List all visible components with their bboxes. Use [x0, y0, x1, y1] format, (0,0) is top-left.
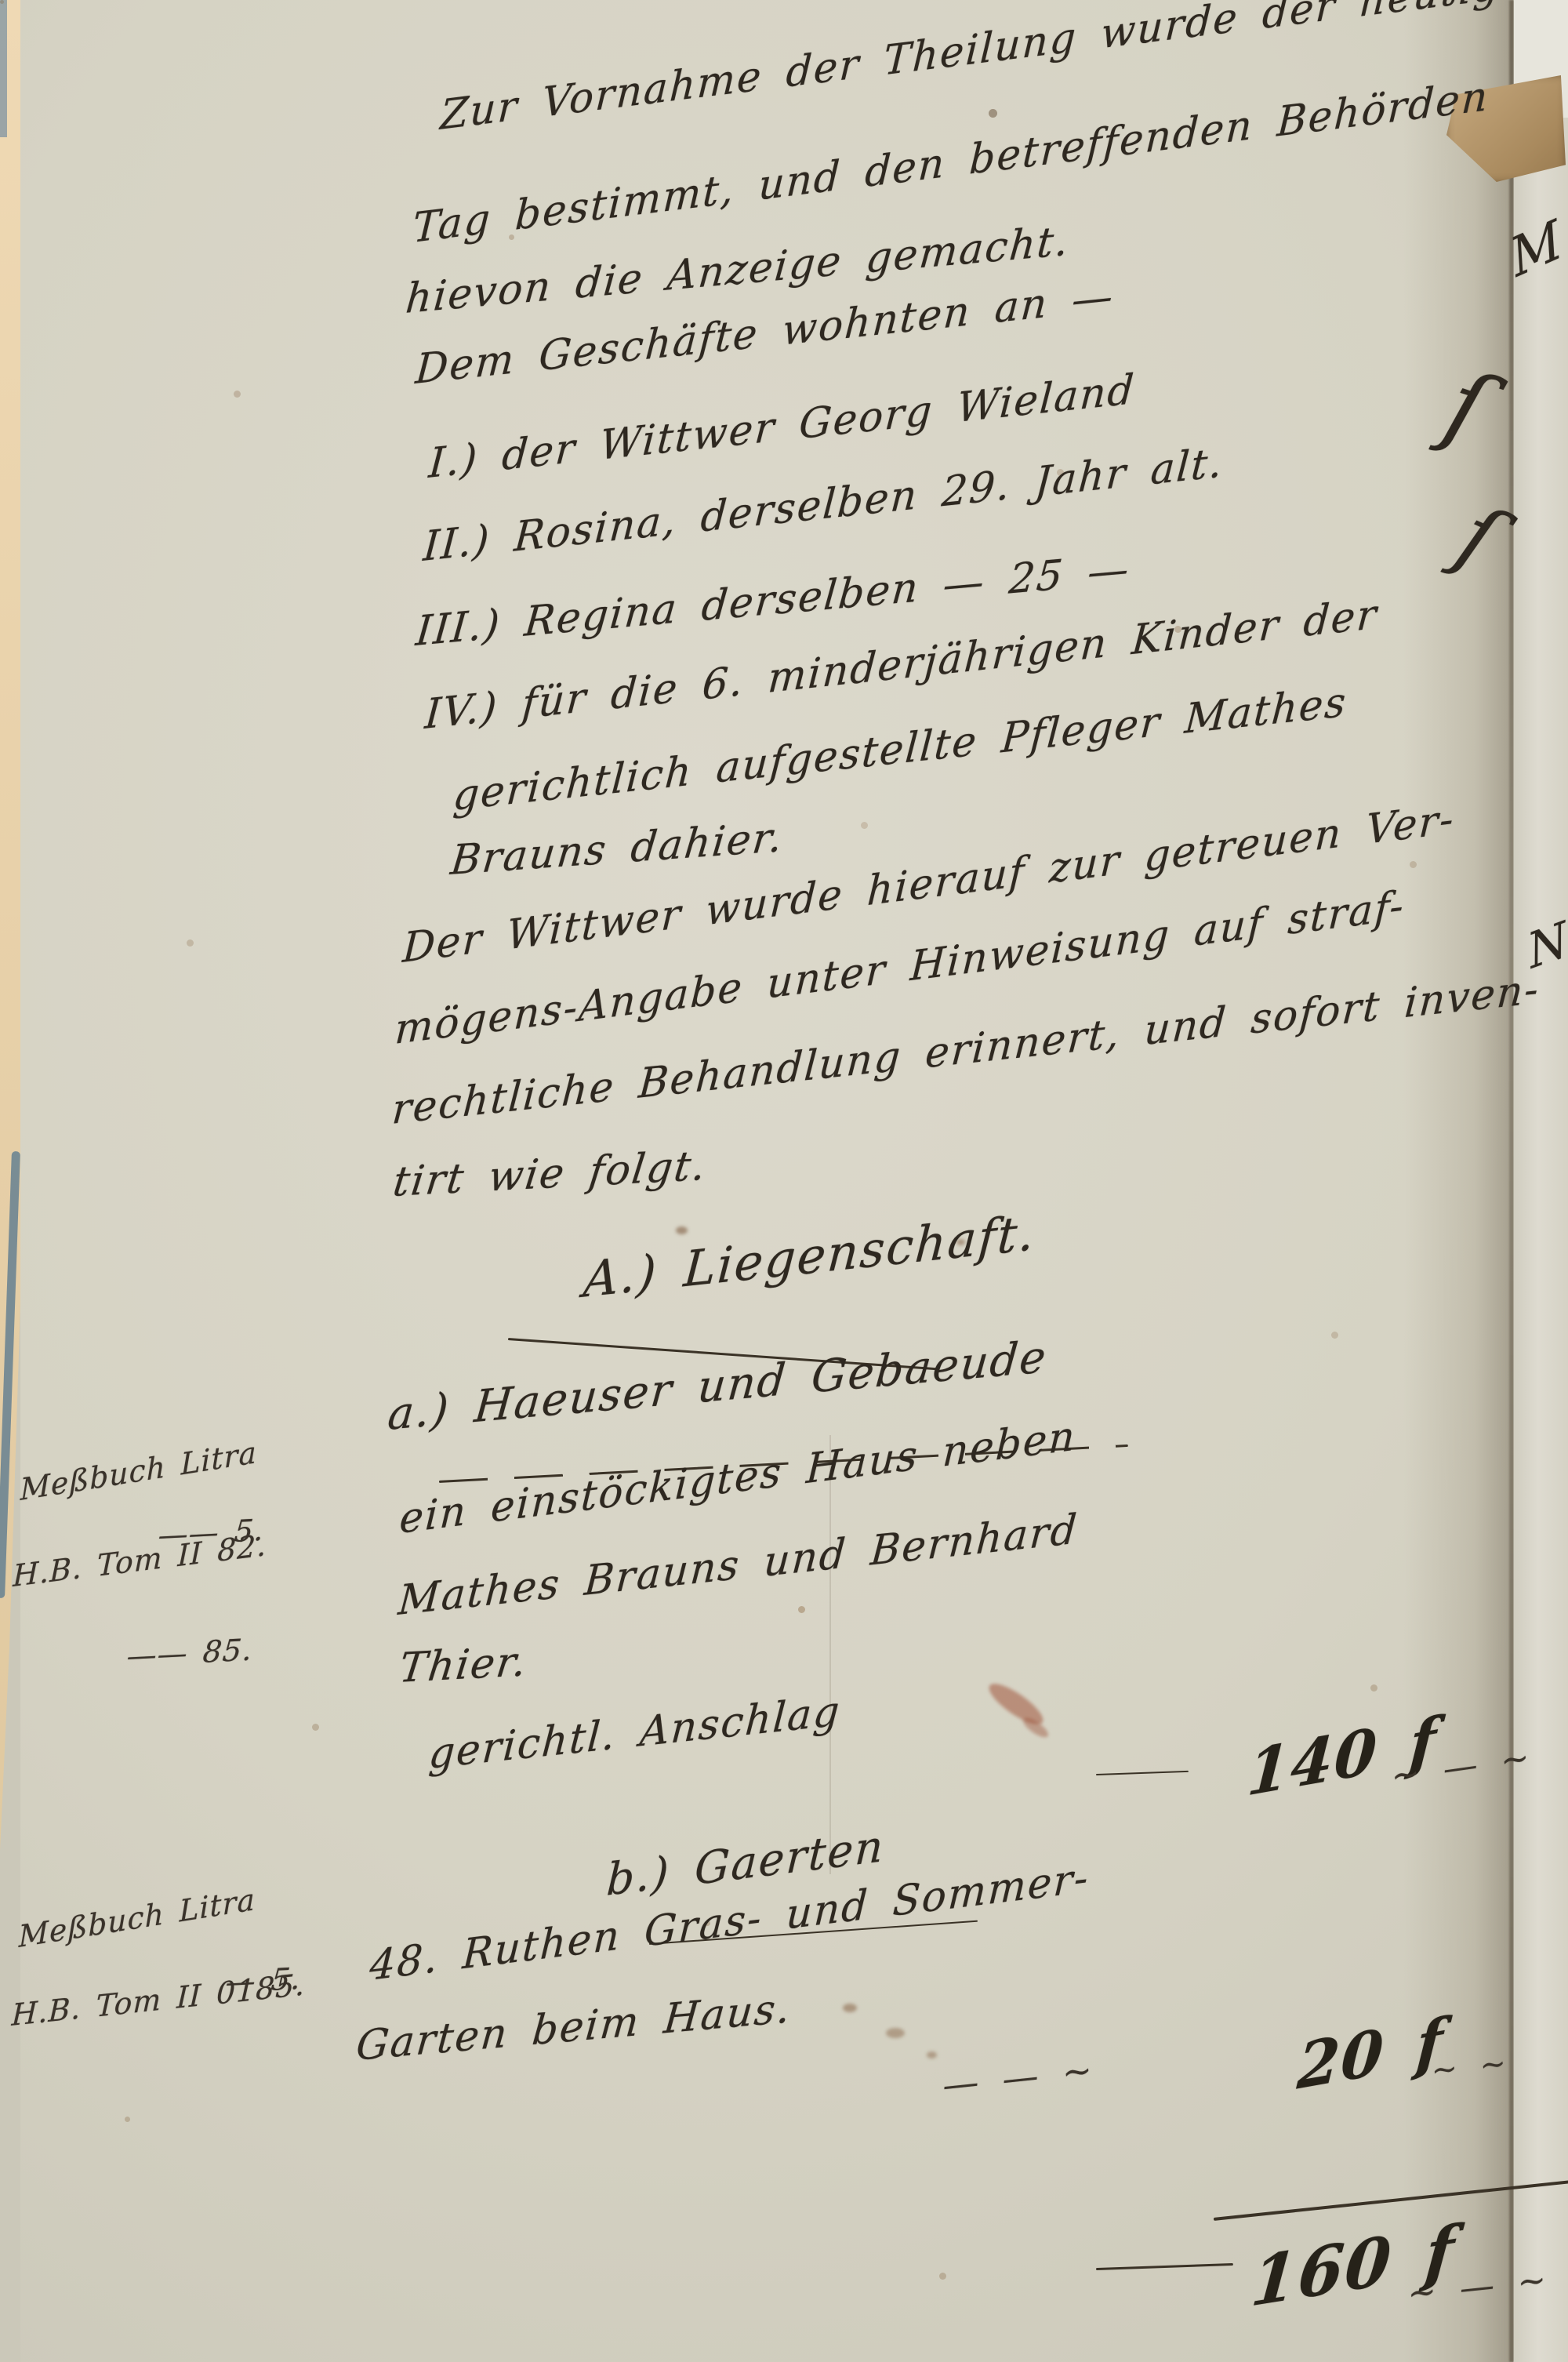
margin-note: —— 85. [125, 1632, 254, 1673]
book-edge-strip-top [0, 0, 7, 137]
paper-speckles [0, 0, 4, 4]
ink-stain [886, 2028, 905, 2038]
paper-fold-line [829, 1435, 831, 1874]
ink-stain [843, 2004, 857, 2012]
ink-stain [927, 2051, 937, 2059]
next-page-edge [1514, 0, 1568, 2362]
ink-stain [676, 1226, 688, 1234]
gutter-shadow [1403, 0, 1513, 2362]
manuscript-line: Thier. [397, 1638, 530, 1692]
scanned-manuscript-page: { "page": { "kind": "handwritten manuscr… [0, 0, 1568, 2362]
